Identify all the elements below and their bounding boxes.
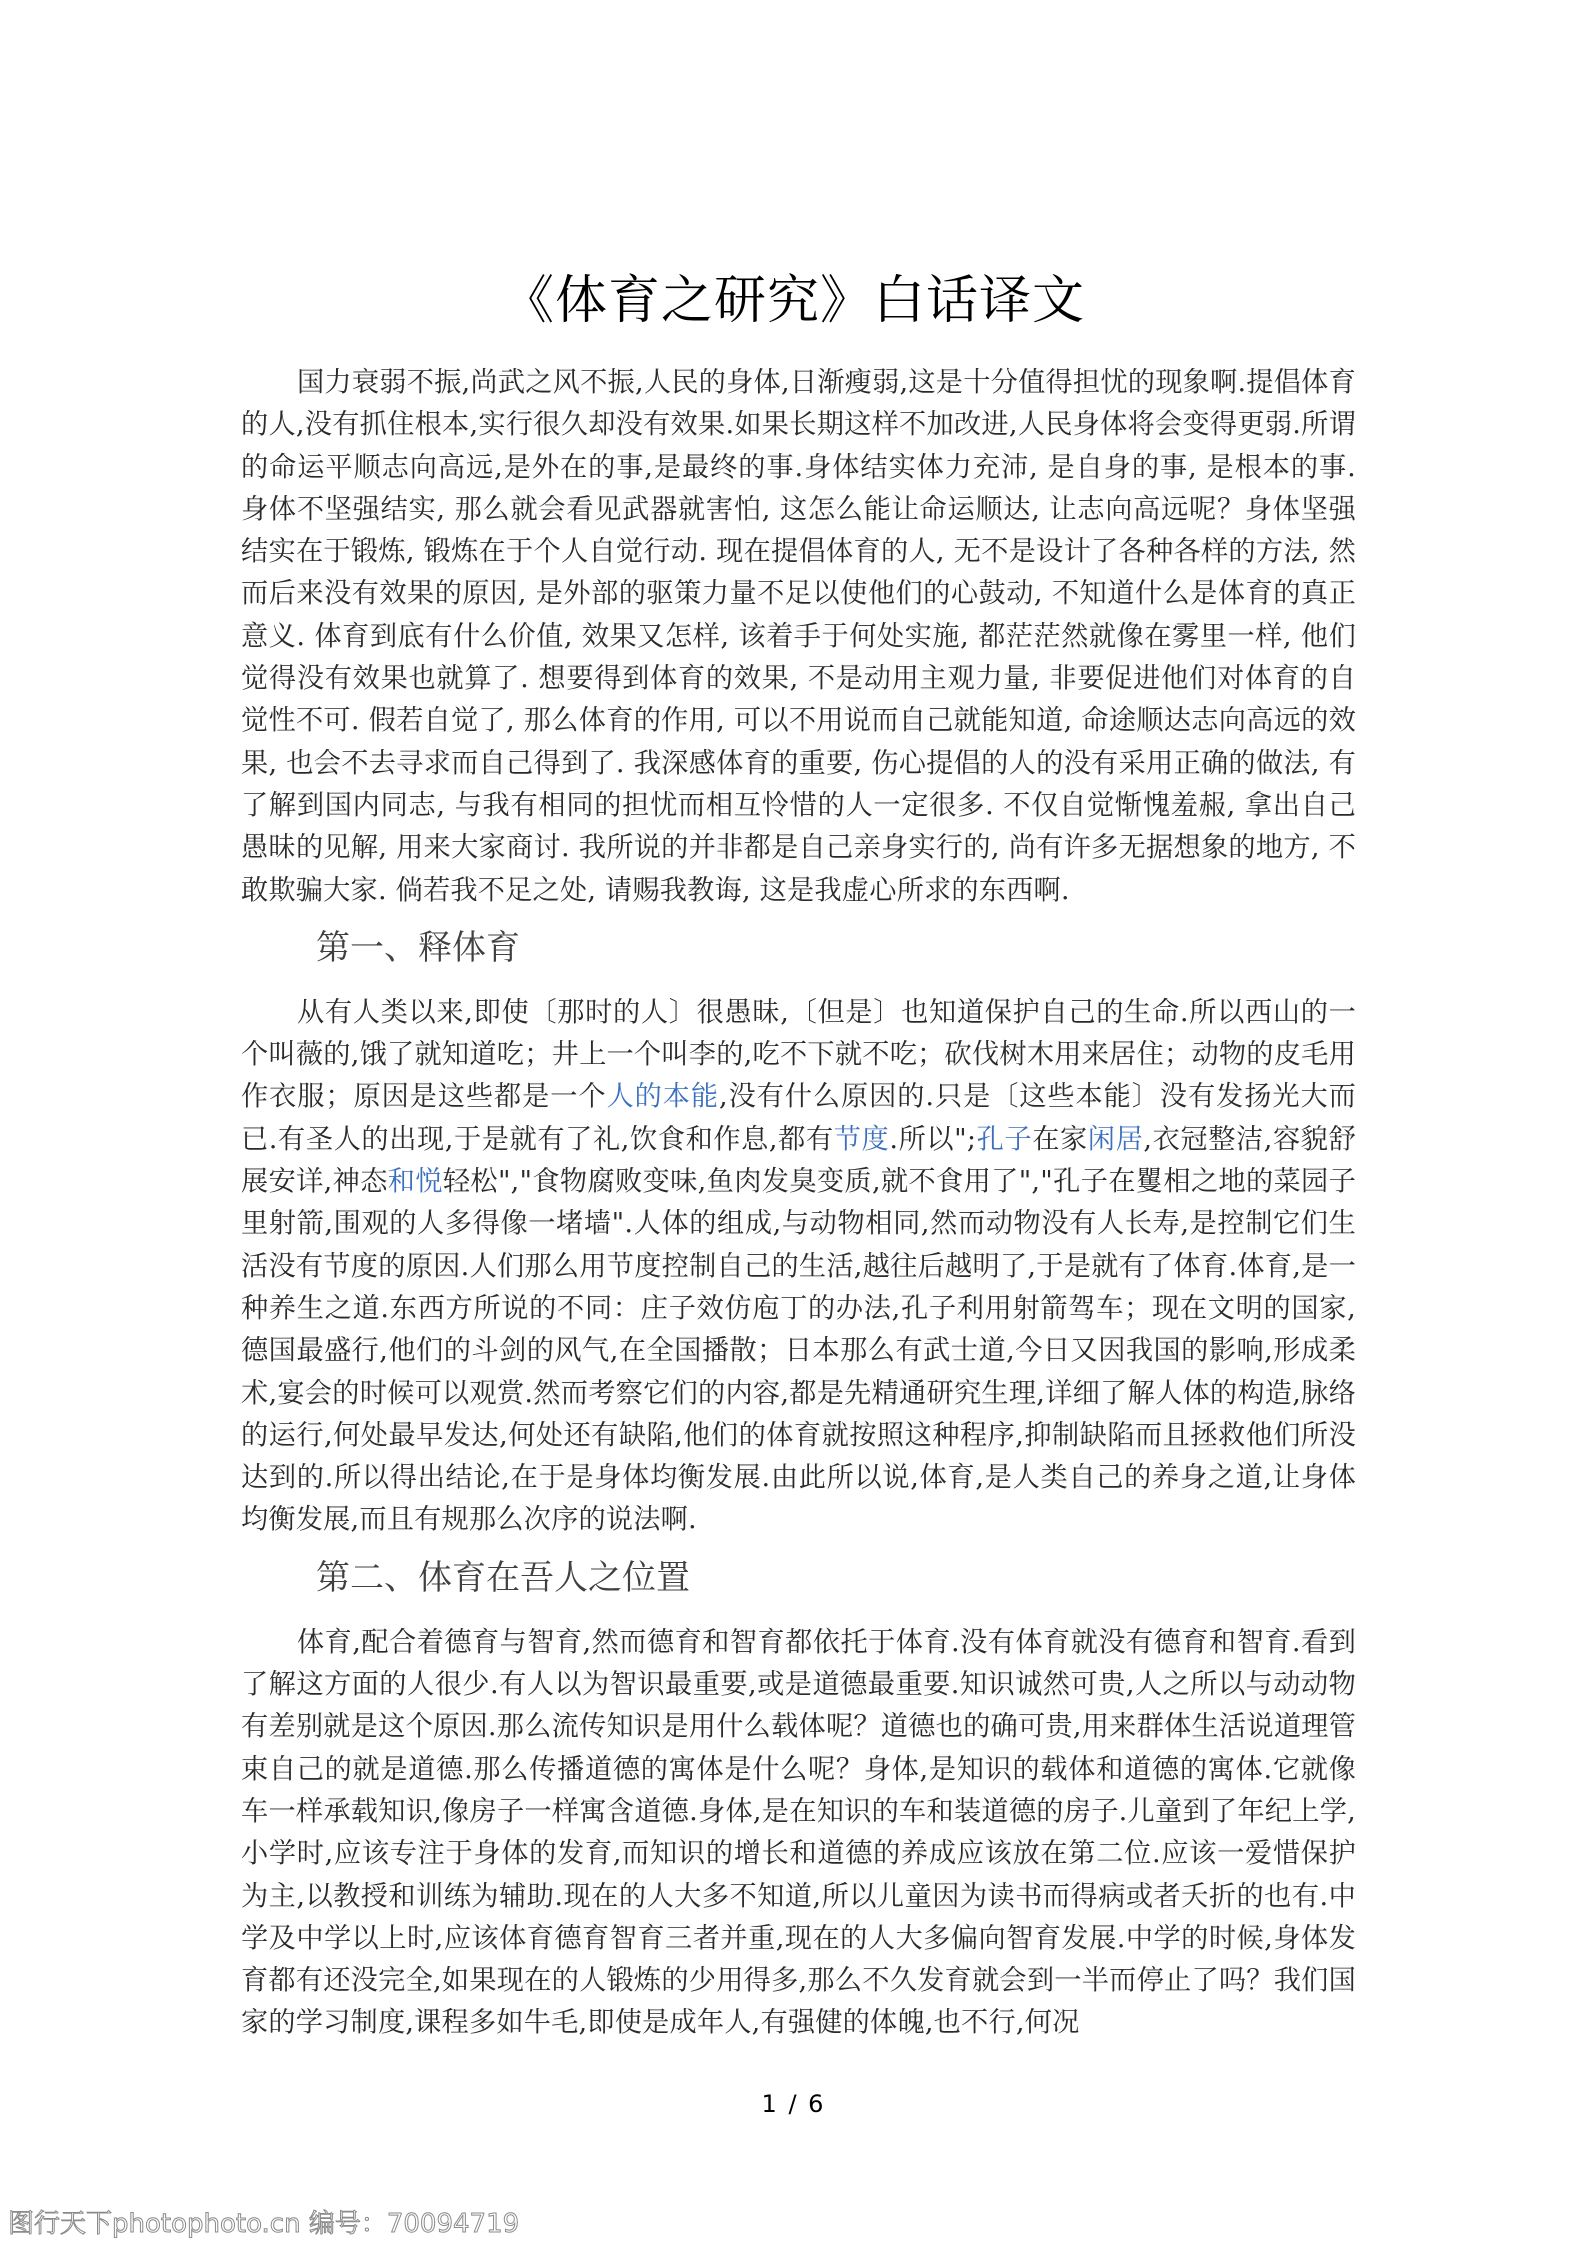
intro-paragraph: 国力衰弱不振,尚武之风不振,人民的身体,日渐瘦弱,这是十分值得担忧的现象啊.提倡… <box>241 362 1356 912</box>
link-jiedu[interactable]: 节度 <box>834 1124 890 1155</box>
link-heyue[interactable]: 和悦 <box>388 1166 443 1197</box>
text-segment: 在家 <box>1032 1124 1088 1155</box>
document-title: 《体育之研究》白话译文 <box>0 258 1587 333</box>
section-heading-2: 第二、体育在吾人之位置 <box>316 1556 1356 1600</box>
link-kongzi[interactable]: 孔子 <box>976 1124 1032 1155</box>
text-segment: .所以"; <box>889 1124 976 1155</box>
page-number: 1 / 6 <box>0 2090 1587 2118</box>
document-page: 《体育之研究》白话译文 国力衰弱不振,尚武之风不振,人民的身体,日渐瘦弱,这是十… <box>0 0 1587 2245</box>
text-segment: 轻松","食物腐败变味,鱼肉发臭变质,就不食用了","孔子在矍相之地的菜园子里射… <box>241 1166 1356 1535</box>
section-2-paragraph: 体育,配合着德育与智育,然而德育和智育都依托于体育.没有体育就没有德育和智育.看… <box>241 1622 1356 2045</box>
text-segment: 体育,配合着德育与智育,然而德育和智育都依托于体育.没有体育就没有德育和智育.看… <box>241 1627 1356 2039</box>
watermark-text: 图行天下photophoto.cn 编号：70094719 <box>8 2203 519 2240</box>
section-heading-1: 第一、释体育 <box>316 926 1356 970</box>
section-1-paragraph: 从有人类以来,即使〔那时的人〕很愚昧,〔但是〕也知道保护自己的生命.所以西山的一… <box>241 992 1356 1542</box>
document-body: 国力衰弱不振,尚武之风不振,人民的身体,日渐瘦弱,这是十分值得担忧的现象啊.提倡… <box>241 362 1356 2045</box>
link-xianju[interactable]: 闲居 <box>1088 1124 1144 1155</box>
link-ren-de-benneng[interactable]: 人的本能 <box>607 1081 719 1112</box>
